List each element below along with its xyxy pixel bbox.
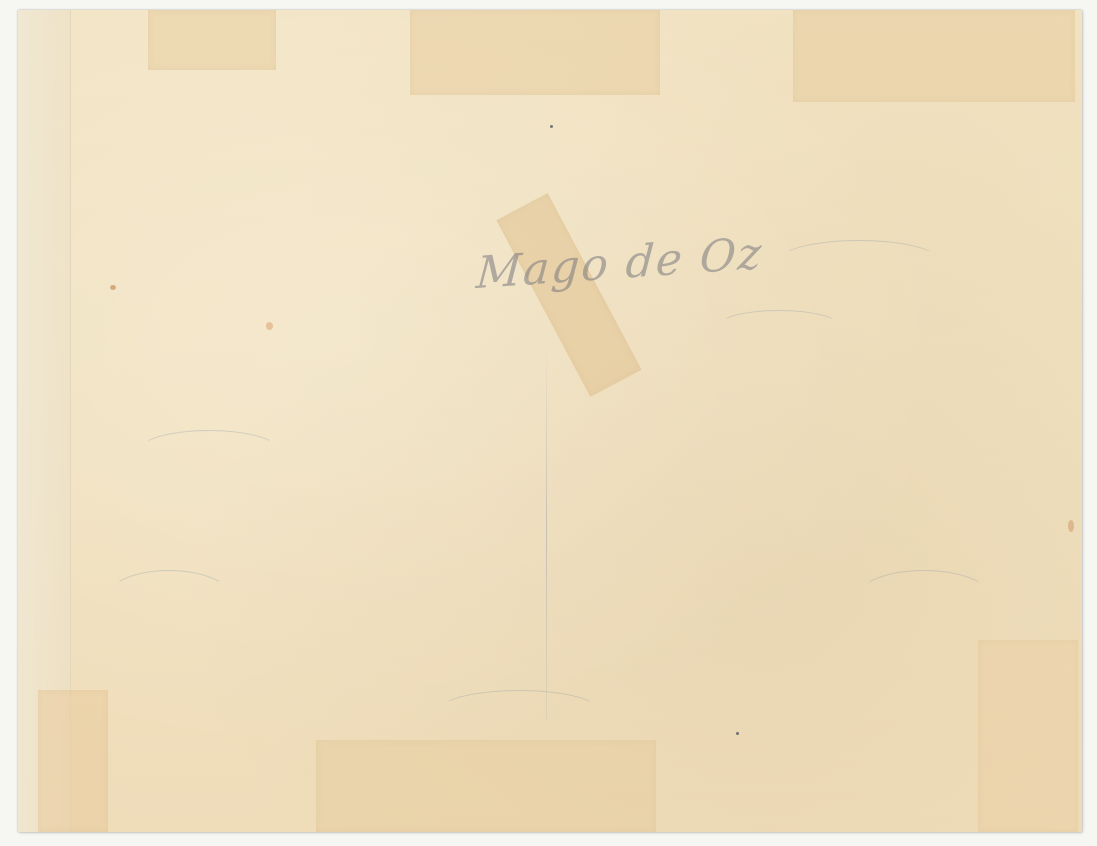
paper-sheet: Mago de Oz: [18, 10, 1082, 832]
tape-strip-top-left: [148, 10, 276, 70]
tape-strip-bottom-center: [316, 740, 656, 832]
paper-fiber-mark: [718, 310, 840, 342]
paper-fiber-mark: [138, 430, 280, 472]
rust-stain: [266, 322, 273, 330]
rust-stain: [1068, 520, 1074, 532]
tape-strip-bottom-left: [38, 690, 108, 832]
rust-stain: [110, 285, 116, 290]
tape-strip-top-right: [793, 10, 1075, 102]
tape-strip-bottom-right: [978, 640, 1078, 832]
paper-fiber-mark: [858, 570, 990, 622]
paper-fiber-mark: [778, 240, 940, 282]
ink-speck: [736, 732, 739, 735]
paper-fiber-mark: [108, 570, 230, 622]
ink-speck: [550, 125, 553, 128]
paper-fiber-mark: [438, 690, 600, 732]
pencil-vertical-line: [546, 340, 547, 720]
tape-strip-top-center: [410, 10, 660, 95]
